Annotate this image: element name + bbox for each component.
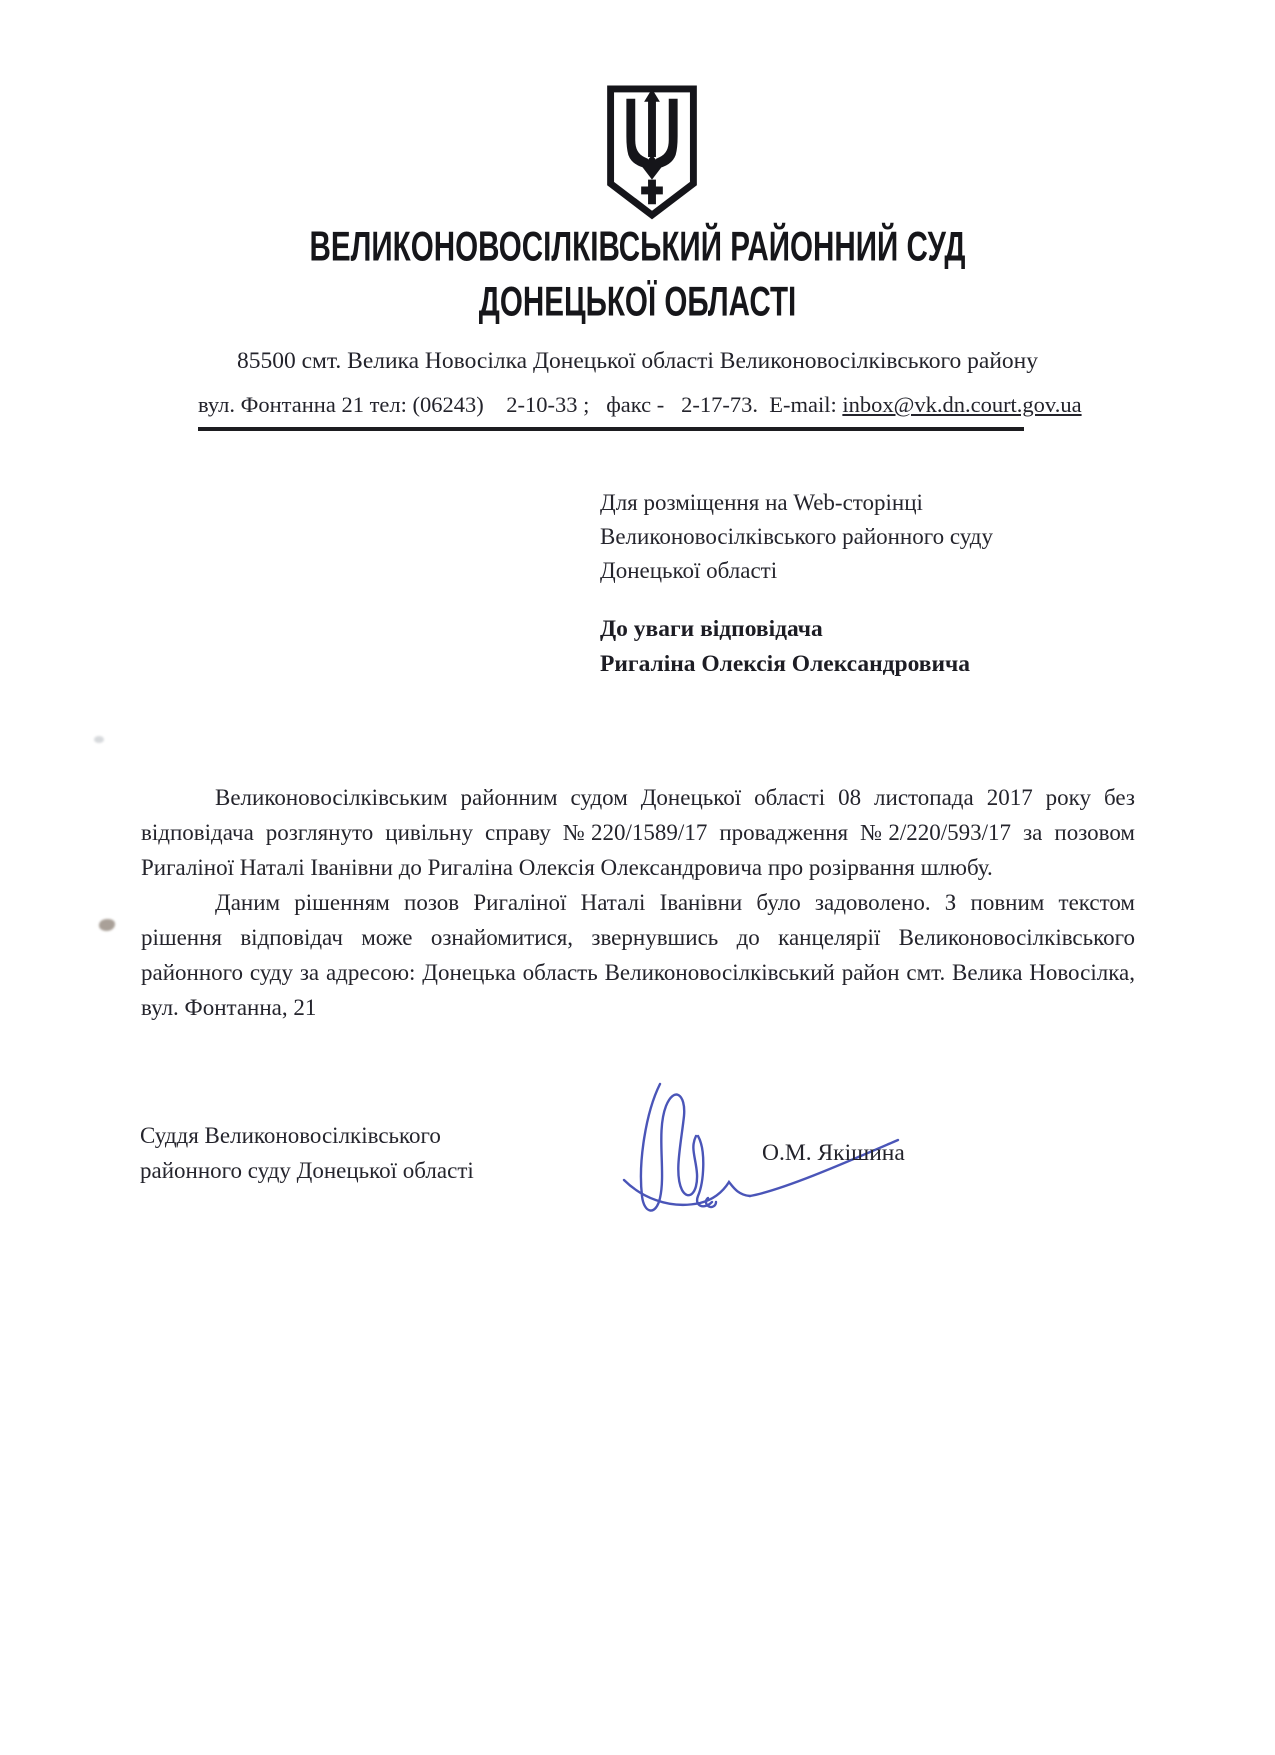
attention-line2: Ригаліна Олексія Олександровича <box>600 647 970 682</box>
recipient-line: Донецької області <box>600 554 993 588</box>
contact-text: вул. Фонтанна 21 тел: (06243) 2-10-33 ; … <box>198 392 842 417</box>
court-name-line1: ВЕЛИКОНОВОСІЛКІВСЬКИЙ РАЙОННИЙ СУД <box>128 226 1148 267</box>
judge-name: О.М. Якішина <box>762 1140 905 1167</box>
attention-block: До уваги відповідача Ригаліна Олексія Ол… <box>600 612 970 682</box>
letter-body: Великоновосілківським районним судом Дон… <box>141 780 1135 1025</box>
scan-smudge <box>94 736 104 743</box>
court-contact-line: вул. Фонтанна 21 тел: (06243) 2-10-33 ; … <box>198 392 1082 417</box>
judge-title-line2: районного суду Донецької області <box>140 1153 474 1188</box>
recipient-line: Великоновосілківського районного суду <box>600 520 993 554</box>
judge-title-line1: Суддя Великоновосілківського <box>140 1118 474 1153</box>
body-paragraph-2: Даним рішенням позов Ригаліної Наталі Ів… <box>141 885 1135 1025</box>
ukraine-trident-emblem <box>600 84 704 222</box>
trident-shield-icon <box>600 84 704 222</box>
court-name-line2: ДОНЕЦЬКОЇ ОБЛАСТІ <box>128 281 1148 322</box>
scan-smudge <box>99 919 115 931</box>
body-paragraph-1: Великоновосілківським районним судом Дон… <box>141 780 1135 885</box>
scanned-court-letter: ВЕЛИКОНОВОСІЛКІВСЬКИЙ РАЙОННИЙ СУД ДОНЕЦ… <box>0 0 1275 1755</box>
recipient-line: Для розміщення на Web-сторінці <box>600 486 993 520</box>
court-contact-block: вул. Фонтанна 21 тел: (06243) 2-10-33 ; … <box>198 392 1024 431</box>
court-email-link[interactable]: inbox@vk.dn.court.gov.ua <box>842 392 1081 417</box>
judge-title-block: Суддя Великоновосілківського районного с… <box>140 1118 474 1188</box>
court-address: 85500 смт. Велика Новосілка Донецької об… <box>0 348 1275 375</box>
attention-line1: До уваги відповідача <box>600 612 970 647</box>
recipient-block: Для розміщення на Web-сторінці Великонов… <box>600 486 993 588</box>
